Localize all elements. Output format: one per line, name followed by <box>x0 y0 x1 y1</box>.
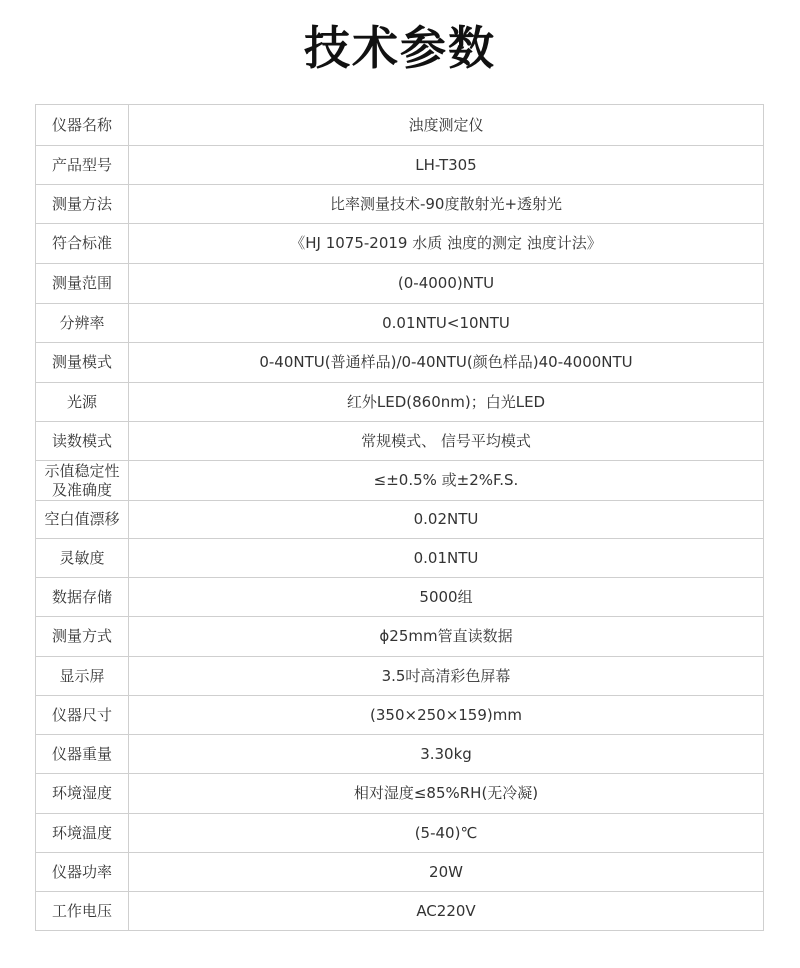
spec-label: 仪器重量 <box>36 735 129 774</box>
spec-value: 0.02NTU <box>129 501 764 539</box>
spec-label: 测量方式 <box>36 617 129 657</box>
table-row: 示值稳定性 及准确度≤±0.5% 或±2%F.S. <box>36 461 764 501</box>
table-row: 测量方式ϕ25mm管直读数据 <box>36 617 764 657</box>
spec-label: 环境湿度 <box>36 774 129 814</box>
spec-value: LH-T305 <box>129 146 764 185</box>
table-row: 工作电压AC220V <box>36 892 764 931</box>
table-row: 灵敏度0.01NTU <box>36 539 764 578</box>
spec-value: 3.30kg <box>129 735 764 774</box>
spec-value: (5-40)℃ <box>129 814 764 853</box>
spec-label: 符合标准 <box>36 224 129 264</box>
spec-label: 测量方法 <box>36 185 129 224</box>
table-row: 测量方法比率测量技术-90度散射光+透射光 <box>36 185 764 224</box>
spec-value: 常规模式、 信号平均模式 <box>129 422 764 461</box>
table-row: 环境温度(5-40)℃ <box>36 814 764 853</box>
spec-value: (350×250×159)mm <box>129 696 764 735</box>
spec-label: 环境温度 <box>36 814 129 853</box>
spec-label: 测量范围 <box>36 264 129 304</box>
spec-value: 红外LED(860nm)；白光LED <box>129 383 764 422</box>
spec-value: 0.01NTU <box>129 539 764 578</box>
table-row: 分辨率0.01NTU<10NTU <box>36 304 764 343</box>
spec-value: 比率测量技术-90度散射光+透射光 <box>129 185 764 224</box>
spec-value: 相对湿度≤85%RH(无冷凝) <box>129 774 764 814</box>
spec-label: 仪器功率 <box>36 853 129 892</box>
table-row: 仪器功率20W <box>36 853 764 892</box>
spec-label: 产品型号 <box>36 146 129 185</box>
table-row: 数据存储5000组 <box>36 578 764 617</box>
table-row: 读数模式常规模式、 信号平均模式 <box>36 422 764 461</box>
spec-value: 5000组 <box>129 578 764 617</box>
spec-value: (0-4000)NTU <box>129 264 764 304</box>
table-row: 仪器重量3.30kg <box>36 735 764 774</box>
spec-label: 灵敏度 <box>36 539 129 578</box>
table-row: 产品型号LH-T305 <box>36 146 764 185</box>
spec-label: 仪器尺寸 <box>36 696 129 735</box>
spec-label: 分辨率 <box>36 304 129 343</box>
table-row: 环境湿度相对湿度≤85%RH(无冷凝) <box>36 774 764 814</box>
table-row: 光源红外LED(860nm)；白光LED <box>36 383 764 422</box>
spec-label: 工作电压 <box>36 892 129 931</box>
spec-label: 空白值漂移 <box>36 501 129 539</box>
spec-value: 0-40NTU(普通样品)/0-40NTU(颜色样品)40-4000NTU <box>129 343 764 383</box>
spec-label: 光源 <box>36 383 129 422</box>
spec-label: 测量模式 <box>36 343 129 383</box>
spec-value: 浊度测定仪 <box>129 105 764 146</box>
spec-value: ϕ25mm管直读数据 <box>129 617 764 657</box>
table-row: 空白值漂移0.02NTU <box>36 501 764 539</box>
spec-table: 仪器名称浊度测定仪产品型号LH-T305测量方法比率测量技术-90度散射光+透射… <box>35 104 764 931</box>
table-row: 测量范围(0-4000)NTU <box>36 264 764 304</box>
spec-label: 读数模式 <box>36 422 129 461</box>
table-row: 仪器尺寸(350×250×159)mm <box>36 696 764 735</box>
spec-value: 20W <box>129 853 764 892</box>
spec-value: AC220V <box>129 892 764 931</box>
table-row: 测量模式0-40NTU(普通样品)/0-40NTU(颜色样品)40-4000NT… <box>36 343 764 383</box>
spec-label: 显示屏 <box>36 657 129 696</box>
spec-value: 0.01NTU<10NTU <box>129 304 764 343</box>
table-row: 显示屏3.5吋高清彩色屏幕 <box>36 657 764 696</box>
spec-table-body: 仪器名称浊度测定仪产品型号LH-T305测量方法比率测量技术-90度散射光+透射… <box>36 105 764 931</box>
spec-value: 3.5吋高清彩色屏幕 <box>129 657 764 696</box>
table-row: 符合标准《HJ 1075-2019 水质 浊度的测定 浊度计法》 <box>36 224 764 264</box>
spec-label: 示值稳定性 及准确度 <box>36 461 129 501</box>
spec-value: ≤±0.5% 或±2%F.S. <box>129 461 764 501</box>
spec-label: 仪器名称 <box>36 105 129 146</box>
page-title: 技术参数 <box>0 18 800 78</box>
spec-label: 数据存储 <box>36 578 129 617</box>
spec-value: 《HJ 1075-2019 水质 浊度的测定 浊度计法》 <box>129 224 764 264</box>
table-row: 仪器名称浊度测定仪 <box>36 105 764 146</box>
